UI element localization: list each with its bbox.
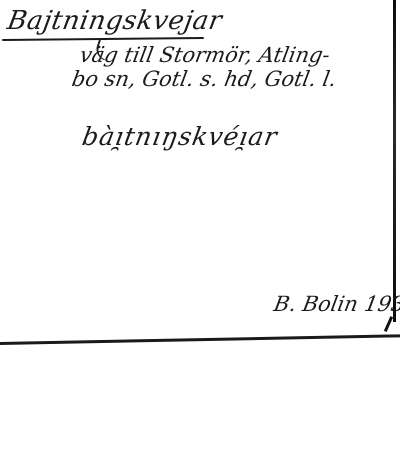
- archive-card: Bajtningskvejar väg till Stormör, Atling…: [0, 0, 400, 467]
- scan-edge-right: [393, 0, 396, 322]
- signature: B. Bolin 1932.: [272, 292, 400, 316]
- description-line-1: väg till Stormör, Atling-: [78, 43, 332, 67]
- divider-line: [0, 334, 400, 344]
- description-line-2: bo sn, Gotl. s. hd, Gotl. l.: [70, 67, 338, 91]
- phonetic-transcription: bàı̯tnıŋskvéı̯ar: [80, 122, 280, 151]
- scan-edge-hook: [384, 316, 393, 332]
- headword: Bajtningskvejar: [5, 6, 225, 36]
